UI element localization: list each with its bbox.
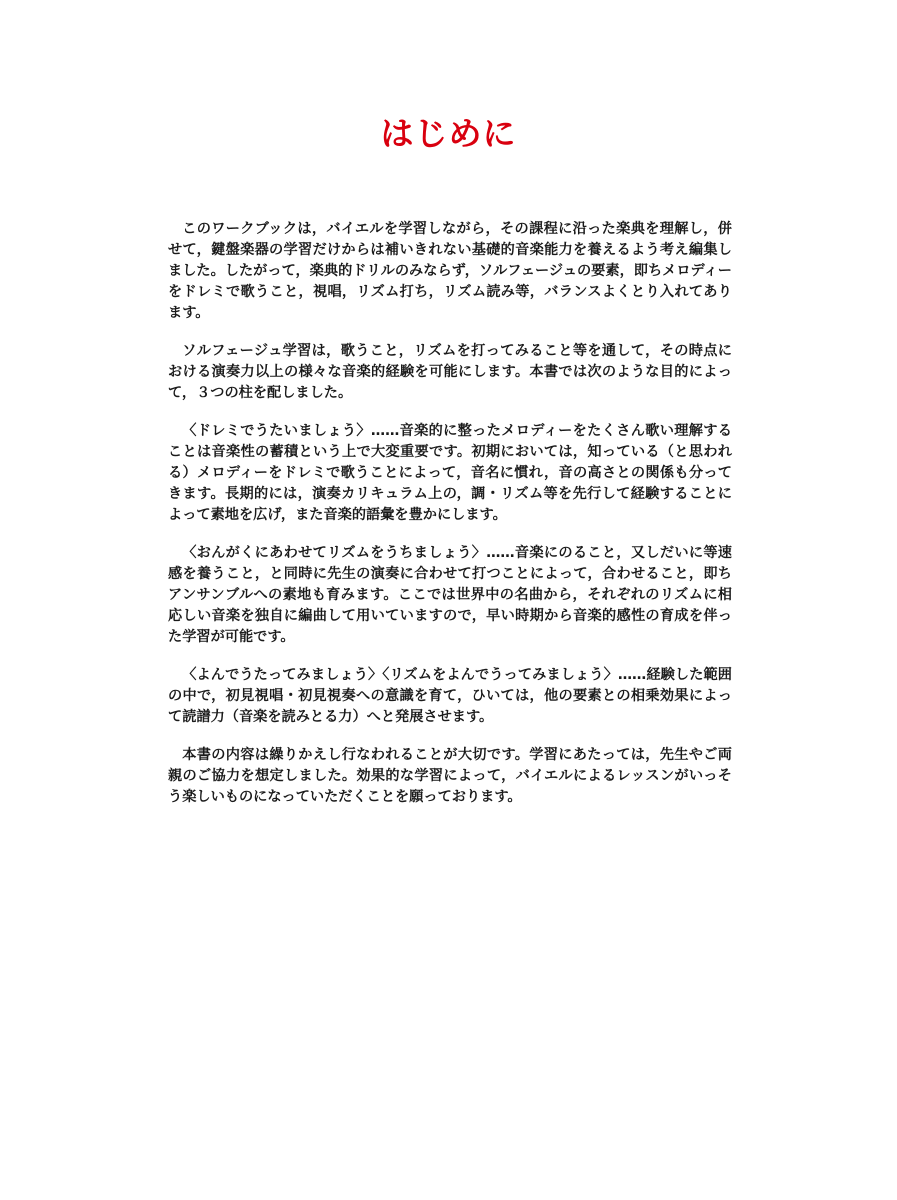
paragraph-rhythm: 〈おんがくにあわせてリズムをうちましょう〉……音楽にのること，又しだいに等速感を…: [168, 543, 732, 648]
document-page: はじめに このワークブックは，バイエルを学習しながら，その課程に沿った楽典を理解…: [0, 0, 897, 1200]
page-title: はじめに: [0, 112, 897, 156]
paragraph-doremi: 〈ドレミでうたいましょう〉……音楽的に整ったメロディーをたくさん歌い理解すること…: [168, 421, 732, 526]
paragraph-reading: 〈よんでうたってみましょう〉〈リズムをよんでうってみましょう〉……経験した範囲の…: [168, 665, 732, 728]
paragraph-closing: 本書の内容は繰りかえし行なわれることが大切です。学習にあたっては，先生やご両親の…: [168, 745, 732, 808]
preface-body: このワークブックは，バイエルを学習しながら，その課程に沿った楽典を理解し，併せて…: [168, 219, 732, 825]
paragraph-intro: このワークブックは，バイエルを学習しながら，その課程に沿った楽典を理解し，併せて…: [168, 219, 732, 324]
paragraph-solfege: ソルフェージュ学習は，歌うこと，リズムを打ってみること等を通して，その時点におけ…: [168, 341, 732, 404]
